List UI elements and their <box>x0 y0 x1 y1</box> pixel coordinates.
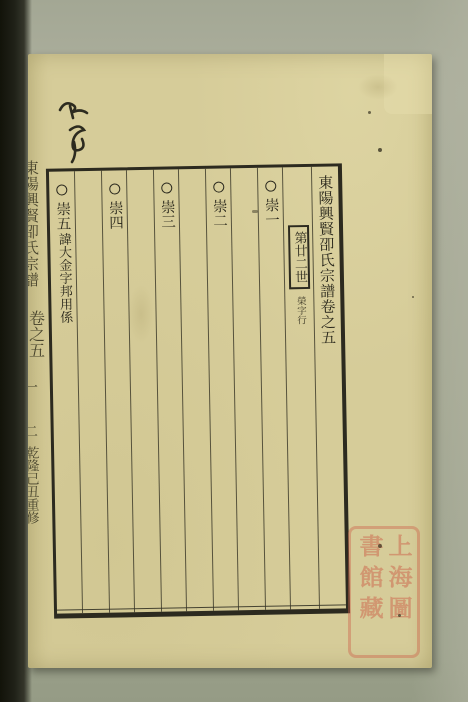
entry-name: 崇四 <box>106 200 123 229</box>
paper-stain <box>358 74 398 100</box>
generation-label: 第廿二世 <box>291 231 306 283</box>
entry-circle-icon <box>161 182 172 193</box>
library-seal-icon: 上海圖 書館藏 <box>348 526 420 658</box>
paper-speck <box>378 148 382 152</box>
spine-edition-note: 乾隆己丑重修 <box>28 446 38 524</box>
entry-circle-icon <box>213 181 224 192</box>
volume-title: 東陽興賢卲氏宗譜卷之五 <box>317 174 336 345</box>
seal-column-right: 上海圖 <box>386 534 410 650</box>
ink-smudge <box>252 210 258 213</box>
printed-frame: 東陽興賢卲氏宗譜卷之五 第廿二世 榮字行 崇一 崇二 <box>46 163 350 618</box>
entry-circle-icon <box>265 181 276 192</box>
entry-name: 崇三 <box>158 199 175 228</box>
entry-circle-icon <box>109 183 120 194</box>
spine-column: 東陽興賢卲氏宗譜 卷之五 一 二 乾隆己丑重修 <box>28 160 39 524</box>
entry-name: 崇五 <box>54 201 71 230</box>
genealogy-page-leaf: 東陽興賢卲氏宗譜 卷之五 一 二 乾隆己丑重修 東陽興賢卲氏宗譜卷之五 第廿二世… <box>28 54 432 668</box>
paper-speck <box>398 614 401 617</box>
spine-volume: 卷之五 <box>28 310 49 358</box>
generation-label-box: 第廿二世 <box>287 225 309 289</box>
spine-page-number-1: 一 <box>28 380 37 394</box>
paper-speck <box>368 111 371 114</box>
entry-name: 崇二 <box>210 198 227 227</box>
paper-speck <box>412 296 414 298</box>
handwritten-ink-mark <box>50 94 98 168</box>
paper-speck <box>378 544 382 548</box>
spine-page-number-2: 二 <box>28 424 37 438</box>
entry-circle-icon <box>56 184 67 195</box>
spine-title: 東陽興賢卲氏宗譜 <box>28 160 40 288</box>
column-grid: 東陽興賢卲氏宗譜卷之五 第廿二世 榮字行 崇一 崇二 <box>49 166 346 613</box>
entry-detail: 諱大金字邦用係 <box>55 232 71 323</box>
scanned-genealogy-photo: 東陽興賢卲氏宗譜 卷之五 一 二 乾隆己丑重修 東陽興賢卲氏宗譜卷之五 第廿二世… <box>0 0 468 702</box>
entry-name: 崇一 <box>262 197 279 226</box>
generation-name-row-note: 榮字行 <box>293 296 306 325</box>
seal-column-left: 書館藏 <box>357 534 381 650</box>
